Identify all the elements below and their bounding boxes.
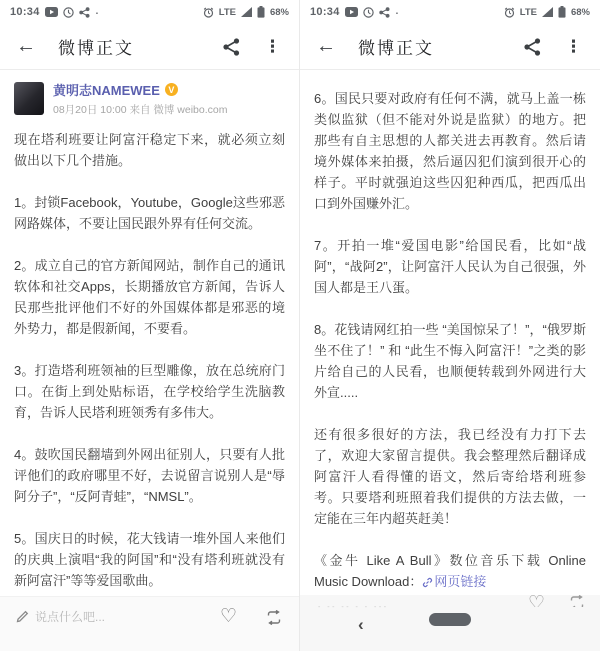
back-button[interactable]: ←: [316, 35, 336, 58]
post-content-right: 6。国民只要对政府有任何不满，就马上盖一栋类似监狱（但不能对外说是监狱）的地方。…: [300, 70, 600, 595]
paragraph-1: 1。封锁Facebook，Youtube，Google这些邪恶网路媒体，不要让国…: [14, 192, 285, 234]
notification-dot: ·: [95, 7, 100, 17]
app-bar: ← 微博正文 ⋮: [300, 24, 600, 70]
back-button[interactable]: ←: [16, 35, 36, 58]
screenshot-pair: 10:34 · LTE 68% ←: [0, 0, 600, 651]
youtube-icon: [345, 7, 358, 17]
battery-icon: [257, 6, 265, 18]
repost-button-icon[interactable]: [265, 610, 283, 625]
avatar[interactable]: [14, 82, 44, 115]
clock-icon: [363, 7, 374, 18]
link-chain-icon: [422, 577, 433, 588]
status-bar: 10:34 · LTE 68%: [0, 0, 299, 24]
paragraph-outro: 还有很多很好的方法，我已经没有力打下去了，欢迎大家留言提供。我会整理然后翻译成阿…: [314, 424, 586, 529]
page-title: 微博正文: [358, 34, 502, 59]
status-bar: 10:34 · LTE 68%: [300, 0, 600, 24]
network-type-label: LTE: [520, 7, 537, 18]
comment-bar: 说点什么吧... ♡: [0, 596, 299, 651]
webpage-link[interactable]: 网页链接: [422, 574, 486, 589]
phone-screen-left: 10:34 · LTE 68% ←: [0, 0, 300, 651]
overflow-menu-button[interactable]: ⋮: [563, 37, 584, 57]
alarm-icon: [504, 7, 515, 18]
clock-icon: [63, 7, 74, 18]
overflow-menu-button[interactable]: ⋮: [262, 37, 283, 57]
post-meta: 08月20日 10:00 来自 微博 weibo.com: [53, 102, 228, 117]
paragraph-3: 3。打造塔利班领袖的巨型雕像，放在总统府门口。在街上到处贴标语，在学校给学生洗脑…: [14, 360, 285, 423]
post-content-left: 黄明志NAMEWEE V 08月20日 10:00 来自 微博 weibo.co…: [0, 70, 299, 596]
battery-percent: 68%: [571, 7, 590, 18]
page-title: 微博正文: [58, 34, 201, 59]
alarm-icon: [203, 7, 214, 18]
battery-icon: [558, 6, 566, 18]
faded-toolbar-text: ‐ ‐‐ ‐‐ ‐ ‐ ‐‐‐: [318, 604, 389, 611]
share-button[interactable]: [524, 38, 541, 56]
like-button-heart-icon[interactable]: ♡: [220, 608, 237, 626]
share-status-icon: [79, 7, 90, 18]
youtube-icon: [45, 7, 58, 17]
paragraph-2: 2。成立自己的官方新闻网站，制作自己的通讯软体和社交Apps，长期播放官方新闻，…: [14, 255, 285, 339]
clock-time: 10:34: [10, 6, 40, 18]
verified-badge-icon: V: [165, 83, 178, 96]
author-name[interactable]: 黄明志NAMEWEE: [53, 80, 160, 99]
home-pill-indicator[interactable]: [429, 613, 471, 626]
notification-dot: ·: [395, 7, 400, 17]
app-bar: ← 微博正文 ⋮: [0, 24, 299, 70]
like-button-heart-icon-partial[interactable]: ♡: [528, 595, 548, 607]
comment-input[interactable]: 说点什么吧...: [16, 608, 212, 625]
signal-icon: [542, 7, 553, 17]
paragraph-8: 8。花钱请网红拍一些 “美国惊呆了！”，“俄罗斯坐不住了！” 和 “此生不悔入阿…: [314, 319, 586, 403]
paragraph-5: 5。国庆日的时候，花大钱请一堆外国人来他们的庆典上演唱“我的阿国”和“没有塔利班…: [14, 528, 285, 591]
pencil-icon: [16, 610, 29, 623]
battery-percent: 68%: [270, 7, 289, 18]
comment-placeholder: 说点什么吧...: [35, 608, 105, 625]
signal-icon: [241, 7, 252, 17]
phone-screen-right: 10:34 · LTE 68% ←: [300, 0, 600, 651]
network-type-label: LTE: [219, 7, 236, 18]
clock-time: 10:34: [310, 6, 340, 18]
repost-button-icon-partial[interactable]: [568, 595, 588, 607]
paragraph-intro: 现在塔利班要让阿富汗稳定下来，就必须立刻做出以下几个措施。: [14, 129, 285, 171]
nav-back-chevron[interactable]: ‹: [358, 615, 364, 635]
paragraph-footer: 《金牛 Like A Bull》数位音乐下载 Online Music Down…: [314, 550, 586, 592]
share-button[interactable]: [223, 38, 240, 56]
share-status-icon: [379, 7, 390, 18]
paragraph-4: 4。鼓吹国民翻墙到外网出征别人，只要有人批评他们的政府哪里不好，去说留言说别人是…: [14, 444, 285, 507]
post-header: 黄明志NAMEWEE V 08月20日 10:00 来自 微博 weibo.co…: [14, 80, 285, 117]
paragraph-7: 7。开拍一堆“爱国电影”给国民看，比如“战阿”，“战阿2”，让阿富汗人民认为自己…: [314, 235, 586, 298]
paragraph-6: 6。国民只要对政府有任何不满，就马上盖一栋类似监狱（但不能对外说是监狱）的地方。…: [314, 88, 586, 214]
gesture-nav-bar: ‐ ‐‐ ‐‐ ‐ ‐ ‐‐‐ ♡ ‹: [300, 595, 600, 651]
